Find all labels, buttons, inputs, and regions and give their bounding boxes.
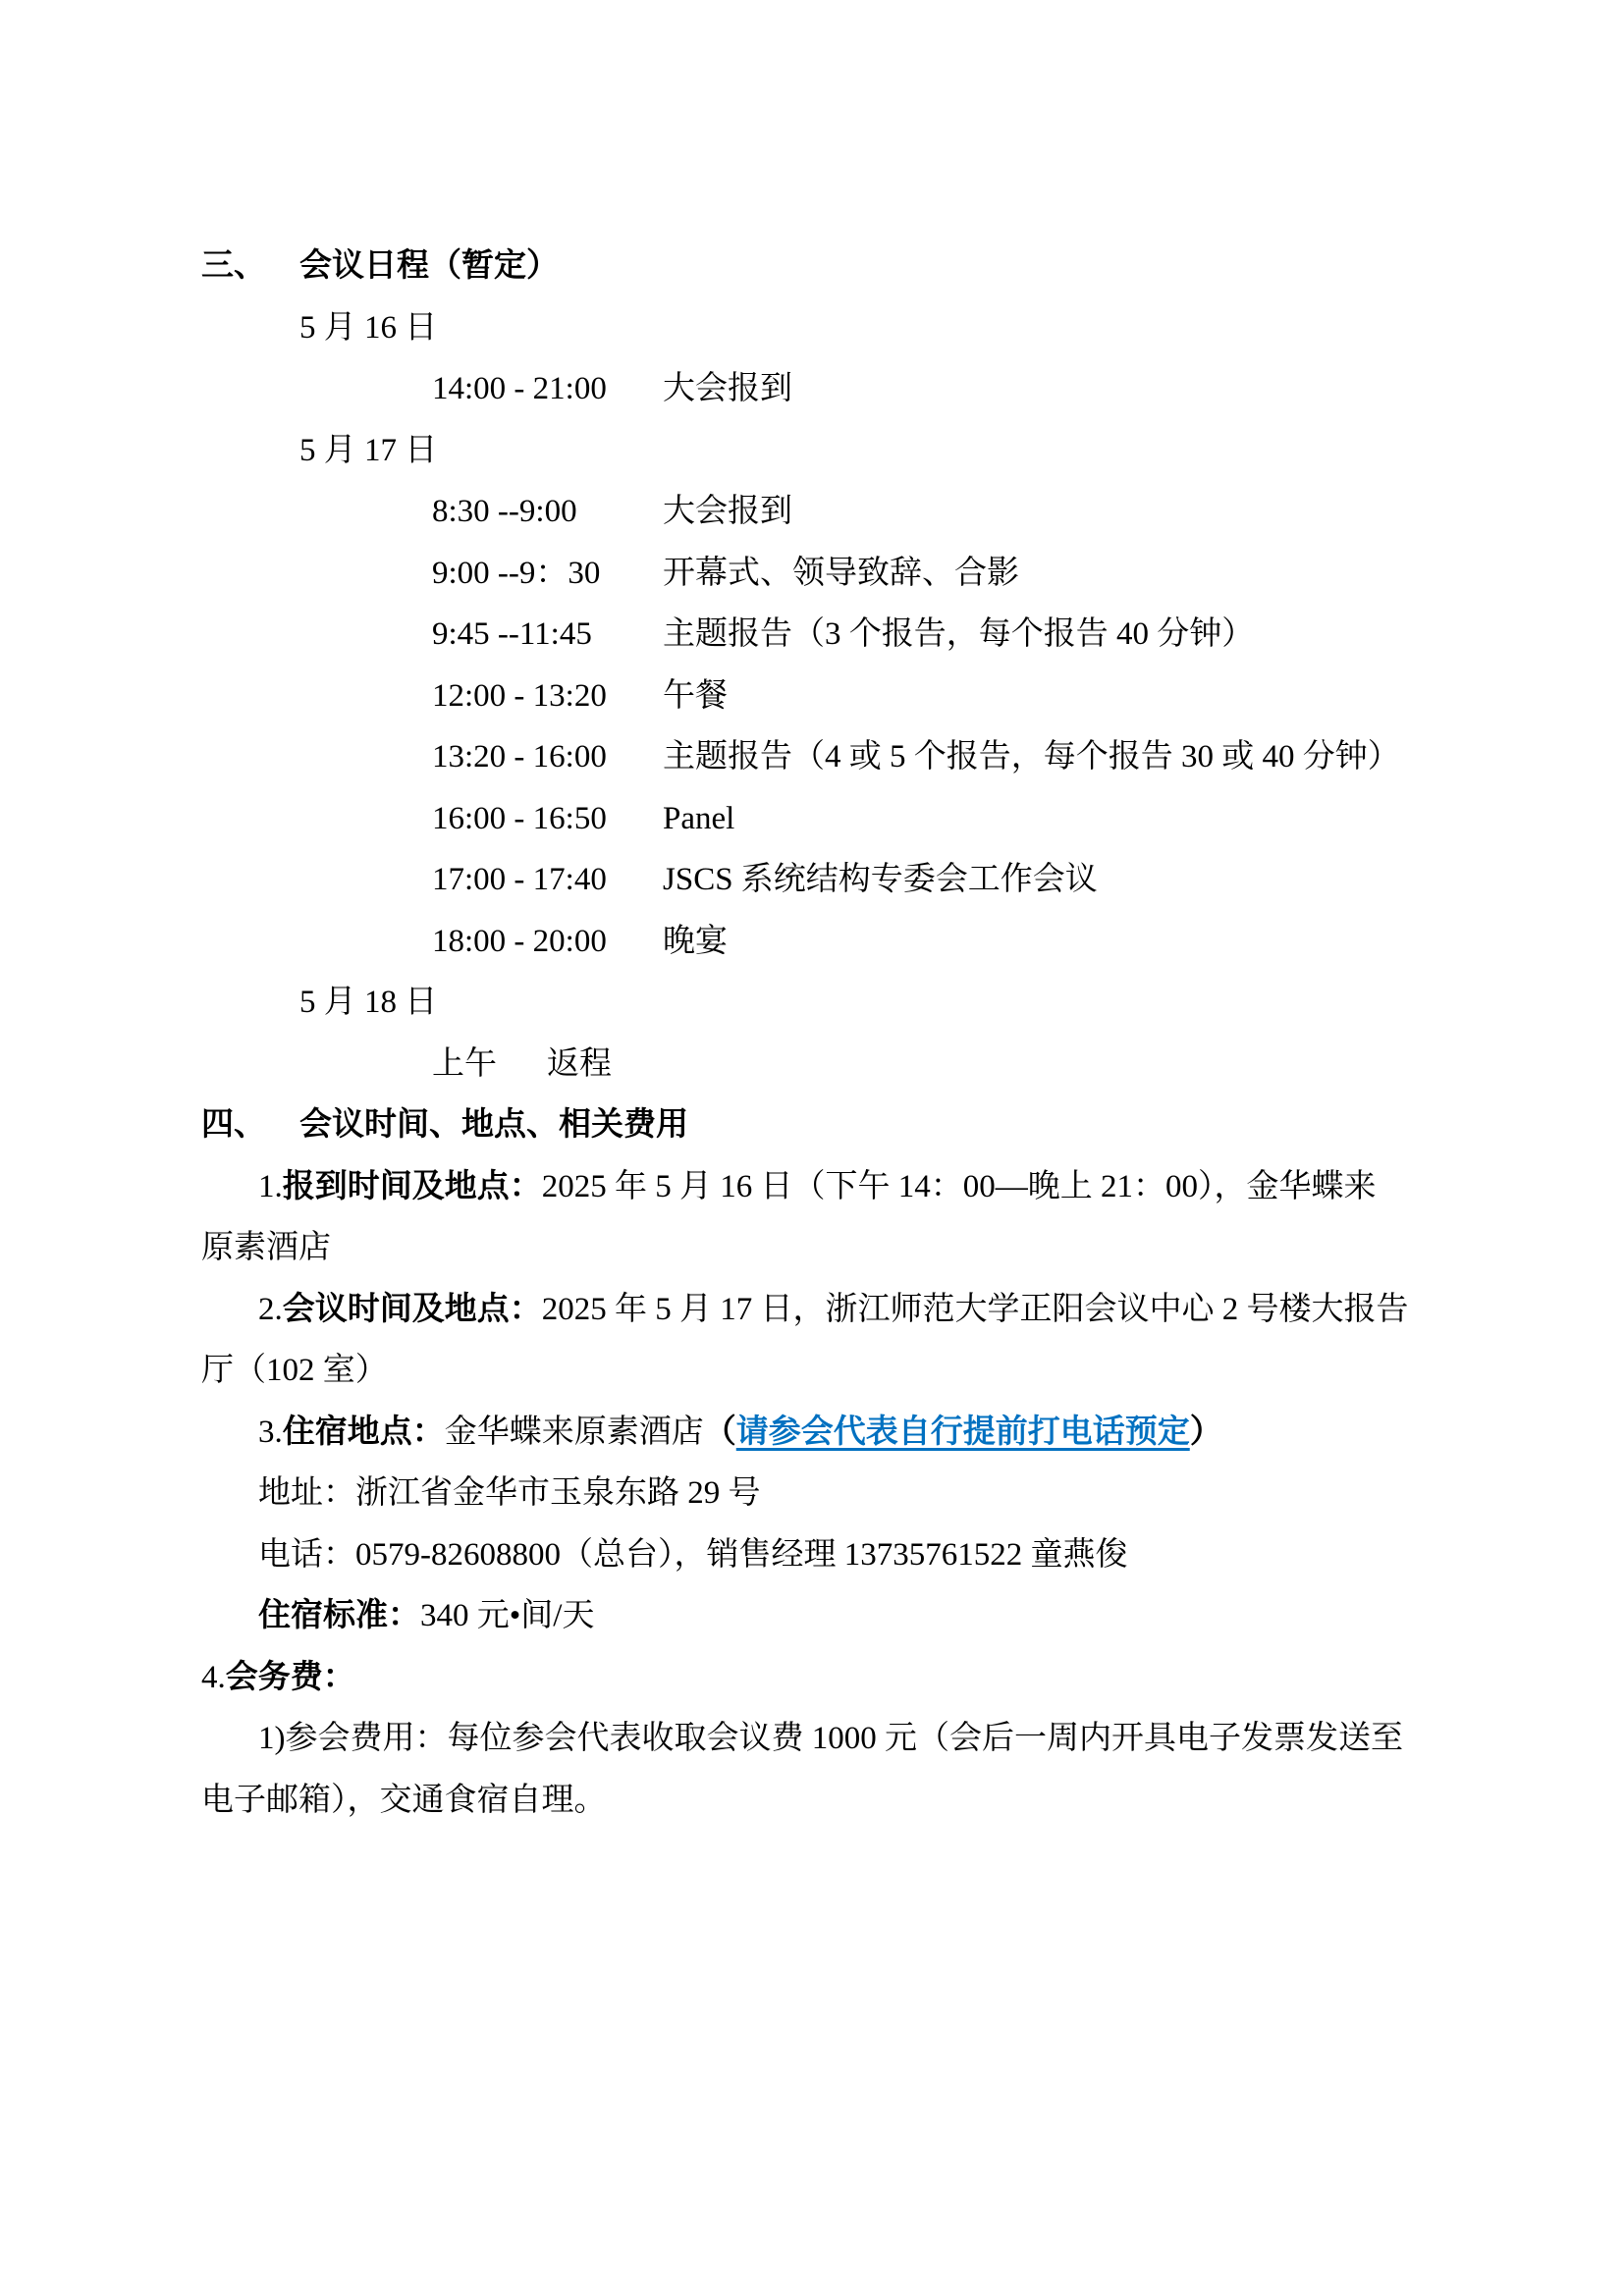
section-4-number: 四、 [201,1095,299,1156]
detail-text: 2025 年 5 月 17 日，浙江师范大学正阳会议中心 2 号楼大报告 [542,1292,1409,1327]
schedule-time: 16:00 - 16:50 [432,788,663,850]
schedule-activity: 午餐 [663,678,728,714]
schedule-activity: Panel [663,801,734,836]
detail-label: 住宿标准： [258,1598,420,1633]
document-content: 三、会议日程（暂定） 5 月 16 日14:00 - 21:00大会报到5 月 … [201,236,1448,1831]
detail-label: 会务费 [226,1660,323,1695]
detail-text: 2025 年 5 月 16 日（下午 14：00—晚上 21：00），金华蝶来 [542,1169,1377,1204]
schedule-row: 14:00 - 21:00大会报到 [201,358,1448,420]
schedule-time: 13:20 - 16:00 [432,726,663,788]
schedule-time: 上午 [432,1034,547,1095]
schedule-activity: 主题报告（4 或 5 个报告，每个报告 30 或 40 分钟） [663,739,1400,774]
schedule-row: 9:00 --9：30开幕式、领导致辞、合影 [201,543,1448,605]
section-4-title: 会议时间、地点、相关费用 [299,1107,688,1143]
section-3-title: 会议日程（暂定） [299,248,559,284]
schedule-activity: JSCS 系统结构专委会工作会议 [663,862,1098,897]
schedule-time: 14:00 - 21:00 [432,358,663,420]
section-3-heading: 三、会议日程（暂定） [201,236,1448,297]
schedule-time: 17:00 - 17:40 [432,849,663,911]
detail-line: 电子邮箱），交通食宿自理。 [201,1770,1448,1832]
schedule-row: 8:30 --9:00大会报到 [201,481,1448,543]
schedule-activity: 主题报告（3 个报告，每个报告 40 分钟） [663,616,1254,652]
schedule-row: 上午返程 [201,1034,1448,1095]
detail-line: 4.会务费： [201,1647,1448,1709]
detail-label: ） [1190,1415,1222,1450]
detail-text: 2. [258,1292,283,1327]
detail-text: 电话：0579-82608800（总台），销售经理 13735761522 童燕… [258,1537,1128,1573]
schedule-activity: 大会报到 [663,371,792,406]
schedule-activity: 晚宴 [663,924,728,959]
schedule-row: 13:20 - 16:00主题报告（4 或 5 个报告，每个报告 30 或 40… [201,726,1448,788]
detail-label: 报到时间及地点： [283,1169,542,1204]
detail-label: （ [704,1415,736,1450]
detail-label: 住宿地点： [283,1415,445,1450]
detail-text: 1. [258,1169,283,1204]
schedule-list: 5 月 16 日14:00 - 21:00大会报到5 月 17 日8:30 --… [201,297,1448,1095]
schedule-activity: 大会报到 [663,494,792,529]
detail-text: 电子邮箱），交通食宿自理。 [201,1783,607,1818]
detail-line: 地址：浙江省金华市玉泉东路 29 号 [201,1463,1448,1524]
details-list: 1.报到时间及地点：2025 年 5 月 16 日（下午 14：00—晚上 21… [201,1156,1448,1832]
detail-text: 3. [258,1415,283,1450]
detail-line: 原素酒店 [201,1217,1448,1279]
schedule-activity: 开幕式、领导致辞、合影 [663,556,1019,591]
schedule-time: 9:00 --9：30 [432,543,663,605]
hotel-booking-link[interactable]: 请参会代表自行提前打电话预定 [736,1415,1190,1450]
detail-text: 4. [201,1660,226,1695]
detail-line: 电话：0579-82608800（总台），销售经理 13735761522 童燕… [201,1524,1448,1586]
schedule-row: 16:00 - 16:50Panel [201,788,1448,850]
schedule-time: 18:00 - 20:00 [432,911,663,973]
schedule-date: 5 月 18 日 [201,972,1448,1034]
detail-label: ： [323,1660,355,1695]
detail-line: 2.会议时间及地点：2025 年 5 月 17 日，浙江师范大学正阳会议中心 2… [201,1279,1448,1341]
section-4-heading: 四、会议时间、地点、相关费用 [201,1095,1448,1156]
schedule-row: 9:45 --11:45主题报告（3 个报告，每个报告 40 分钟） [201,604,1448,666]
detail-line: 3.住宿地点：金华蝶来原素酒店（请参会代表自行提前打电话预定） [201,1402,1448,1464]
detail-line: 住宿标准：340 元•间/天 [201,1585,1448,1647]
detail-text: 原素酒店 [201,1230,331,1265]
detail-text: 地址：浙江省金华市玉泉东路 29 号 [258,1475,761,1511]
schedule-time: 8:30 --9:00 [432,481,663,543]
detail-line: 1.报到时间及地点：2025 年 5 月 16 日（下午 14：00—晚上 21… [201,1156,1448,1218]
document-page: 三、会议日程（暂定） 5 月 16 日14:00 - 21:00大会报到5 月 … [0,0,1624,2296]
detail-text: 金华蝶来原素酒店 [445,1415,704,1450]
section-3-number: 三、 [201,236,299,297]
schedule-row: 17:00 - 17:40JSCS 系统结构专委会工作会议 [201,849,1448,911]
schedule-activity: 返程 [547,1046,612,1082]
schedule-date: 5 月 16 日 [201,297,1448,359]
schedule-date: 5 月 17 日 [201,420,1448,482]
schedule-time: 9:45 --11:45 [432,604,663,666]
schedule-time: 12:00 - 13:20 [432,666,663,727]
detail-label: 会议时间及地点： [283,1292,542,1327]
schedule-row: 18:00 - 20:00晚宴 [201,911,1448,973]
schedule-row: 12:00 - 13:20午餐 [201,666,1448,727]
detail-text: 1)参会费用：每位参会代表收取会议费 1000 元（会后一周内开具电子发票发送至 [258,1721,1403,1756]
detail-line: 1)参会费用：每位参会代表收取会议费 1000 元（会后一周内开具电子发票发送至 [201,1708,1448,1770]
detail-text: 厅（102 室） [201,1353,388,1388]
detail-text: 340 元•间/天 [420,1598,594,1633]
detail-line: 厅（102 室） [201,1340,1448,1402]
